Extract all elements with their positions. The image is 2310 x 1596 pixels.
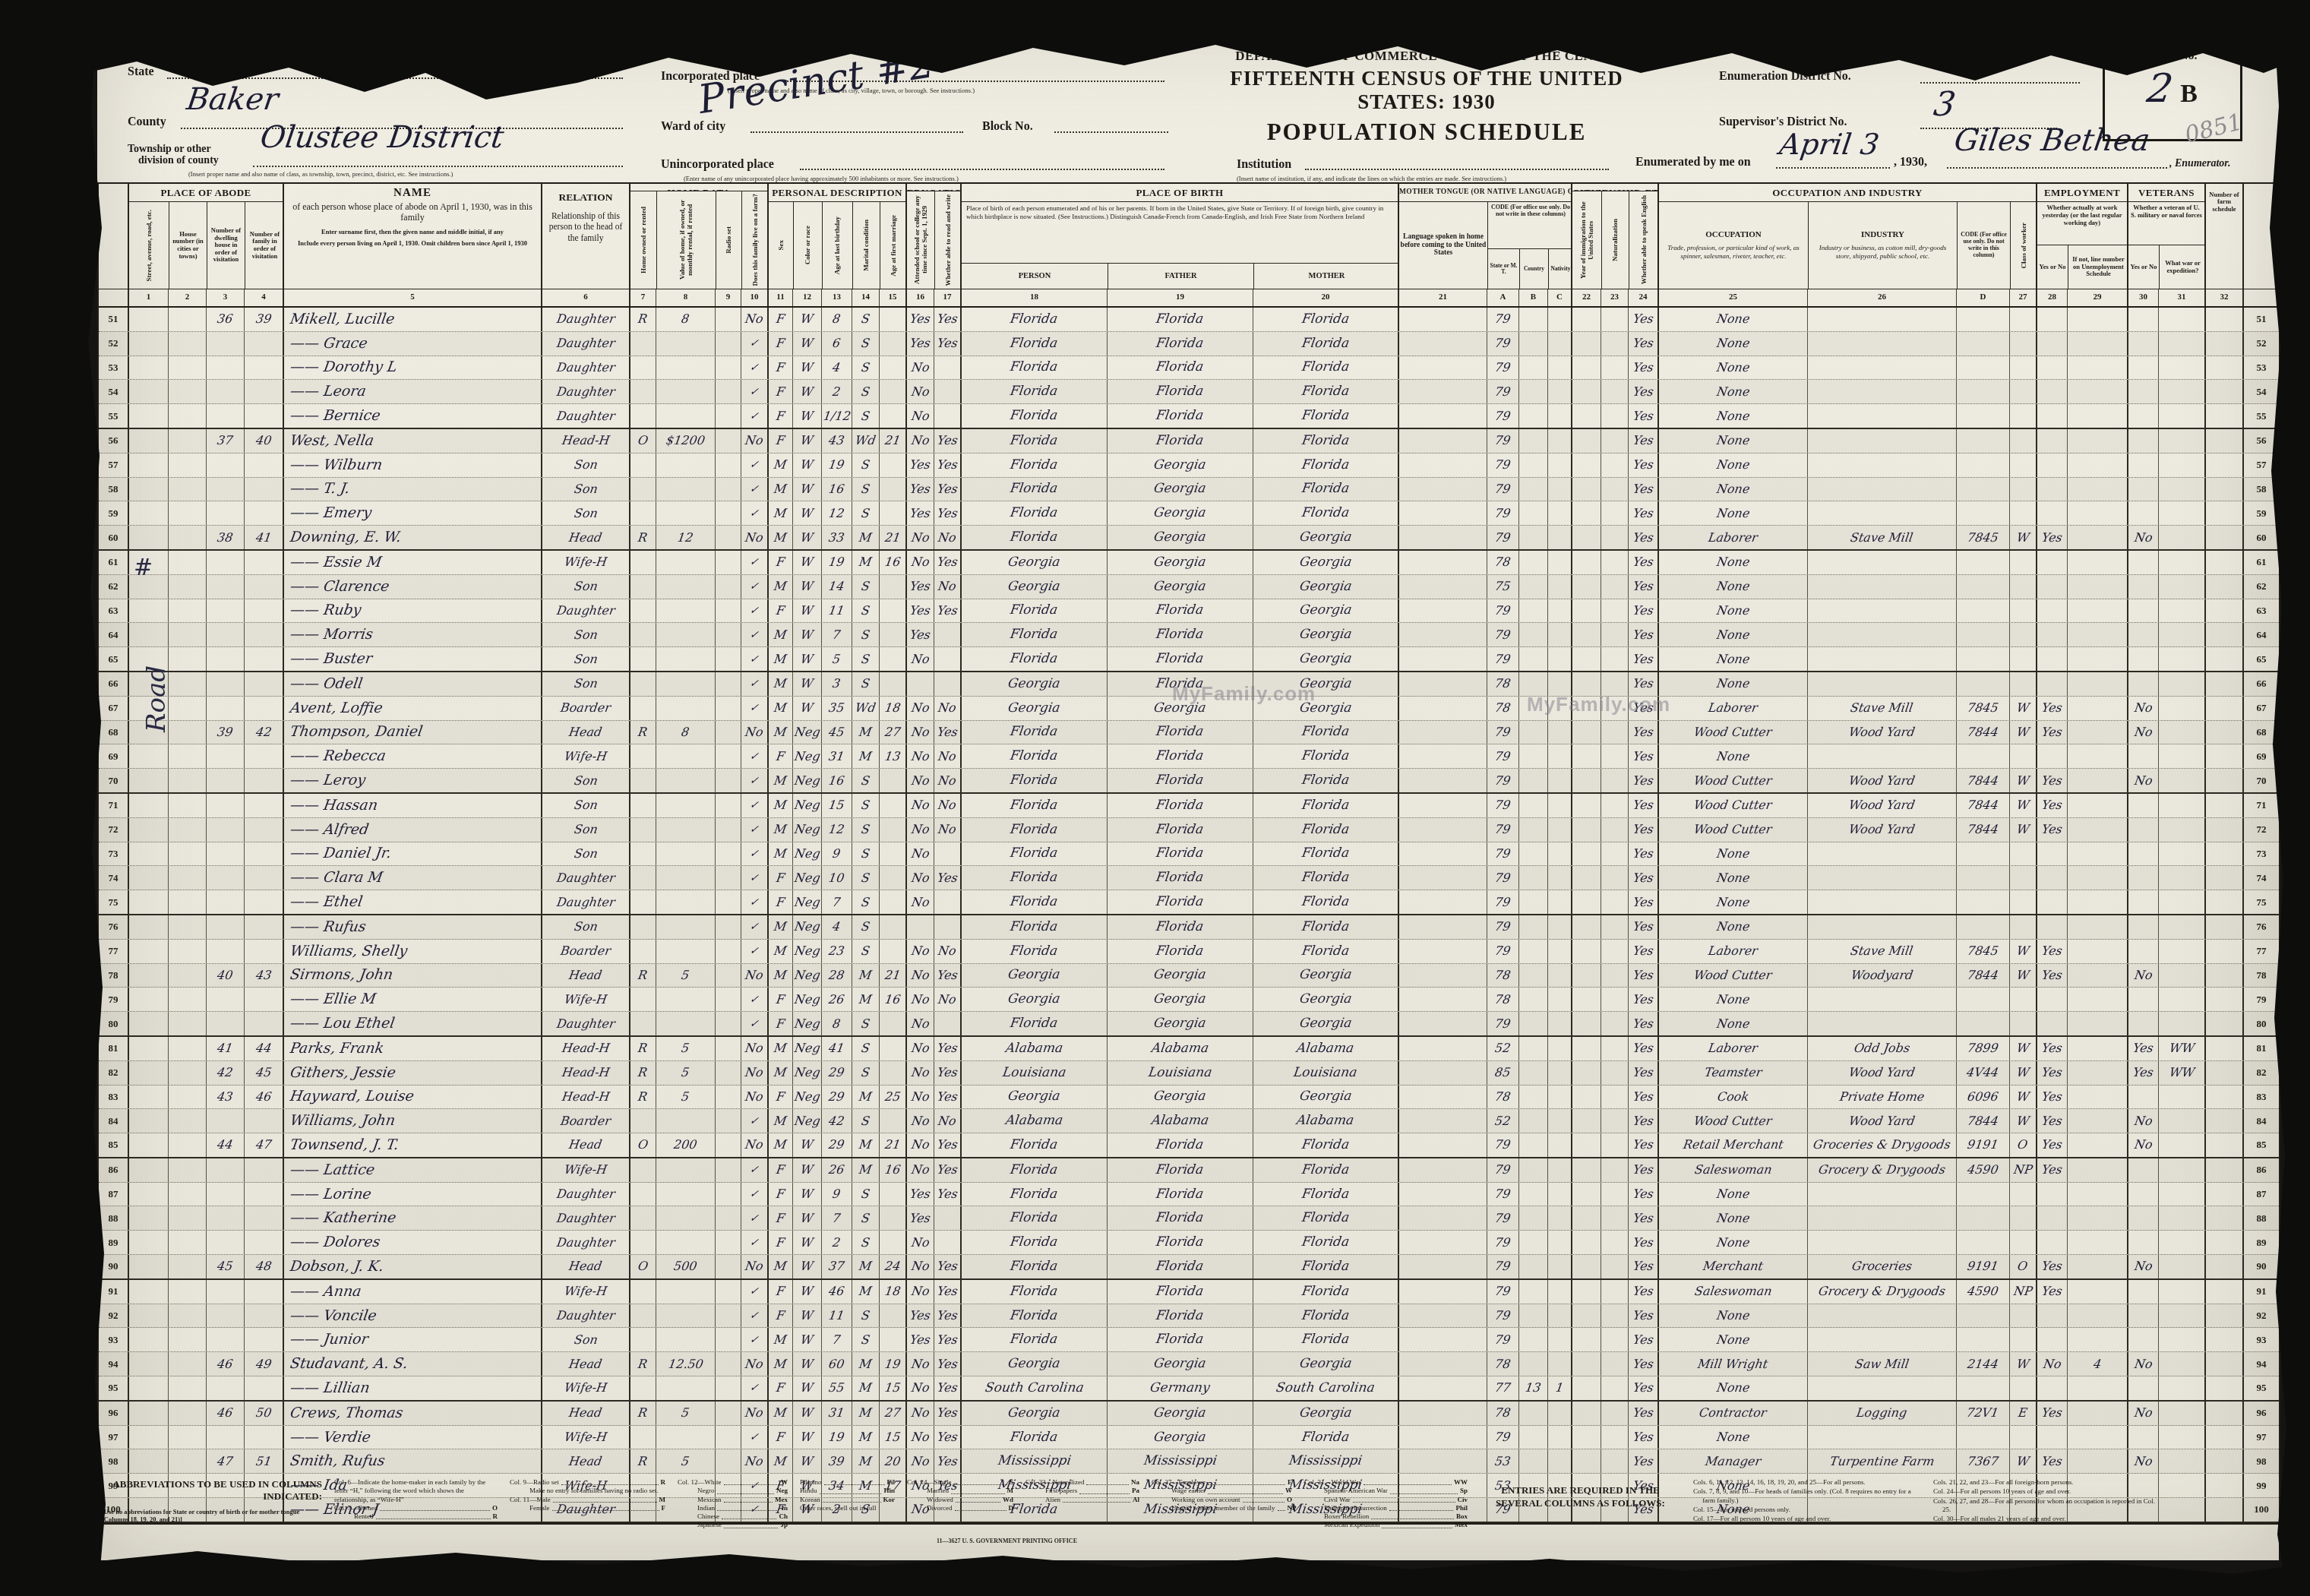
abbreviation-line: JapaneseJp [678,1521,788,1529]
cell-cC [1548,526,1572,549]
cell-c21 [1399,332,1487,356]
cell-c29 [2068,501,2128,525]
cell-c23 [1601,988,1629,1011]
col6-relation-header: RELATIONRelationship of this person to t… [542,184,630,289]
handwritten-entry: W [800,1382,814,1394]
cell-c21 [1399,1376,1487,1400]
handwritten-entry: Florida [1155,750,1205,763]
handwritten-entry: ✓ [749,605,760,616]
line-number-right: 96 [2244,1402,2279,1425]
cell-c11: M [769,697,793,720]
handwritten-entry: Head-H [561,1067,610,1079]
cell-cD: 2144 [1957,1352,2010,1376]
handwritten-entry: Wife-H [564,556,608,568]
handwritten-entry: Yes [909,337,931,349]
handwritten-entry: None [1716,896,1751,909]
handwritten-entry: 2 [832,1237,842,1249]
handwritten-entry: Florida [1010,435,1059,447]
cell-c8: 200 [656,1133,716,1157]
cell-c14: S [852,915,880,939]
cell-c3 [207,1280,245,1304]
handwritten-entry: 7845 [1967,702,1999,714]
cell-c21 [1399,356,1487,380]
cell-c18: Georgia [962,697,1108,720]
handwritten-entry: Georgia [1007,1407,1061,1420]
abbreviation-line: Wage earnerW [1152,1487,1292,1495]
cell-c22 [1572,915,1601,939]
cell-c29 [2068,478,2128,501]
handwritten-entry: 39 [216,726,234,738]
column-heading-text: Home owned or rented [640,207,647,273]
handwritten-entry: S [861,678,871,690]
cell-c14: S [852,1037,880,1060]
cell-c26 [1808,915,1957,939]
handwritten-entry: No [910,969,930,981]
cell-cA: 78 [1487,1402,1519,1425]
handwritten-entry: No [910,1042,930,1054]
cell-c17: Yes [934,1304,962,1328]
handwritten-entry: Florida [1301,847,1351,860]
handwritten-entry: No [910,1431,930,1443]
cell-c32 [2206,1402,2244,1425]
cell-c13: 7 [822,890,852,914]
cell-c24: Yes [1629,1133,1659,1157]
cell-c17: Yes [934,1426,962,1449]
cell-c11: F [769,1280,793,1304]
cell-c19: Florida [1108,769,1253,792]
cell-cA: 79 [1487,890,1519,914]
handwritten-entry: None [1716,580,1751,593]
handwritten-entry: R [637,1407,649,1419]
handwritten-entry: Florida [1301,507,1351,520]
cell-c5: —— Emery [284,501,542,525]
cell-c27 [2010,551,2037,574]
schedule-row: 87—— LorineDaughter✓FW9SYesYesFloridaFlo… [99,1183,2279,1207]
cell-c25: Wood Cutter [1659,1109,1808,1133]
cell-c10: No [741,1402,769,1425]
column-heading-text: Marital condition [862,220,870,271]
cell-cB [1519,794,1548,817]
group-title: MOTHER TONGUE (OR NATIVE LANGUAGE) OF FO… [1399,184,1571,202]
cell-c2 [169,915,207,939]
abbreviation-block: Col. 14—SingleSMarriedMWidowedWdDivorced… [907,1478,1013,1530]
handwritten-entry: None [1716,556,1751,568]
cell-c32 [2206,599,2244,623]
handwritten-entry: 39 [255,313,273,325]
cell-c16: No [907,1231,934,1254]
cell-c1 [129,890,169,914]
cell-c23 [1601,429,1629,453]
cell-c21 [1399,866,1487,890]
cell-c18: Florida [962,478,1108,501]
handwritten-entry: Yes [2041,1260,2063,1272]
abbreviation-block: Col. 9—Radio setRMake no entry for famil… [510,1478,665,1530]
leader-dots [1278,1510,1285,1511]
column-number: 23 [1601,289,1629,306]
handwritten-entry: Georgia [1007,969,1061,981]
cell-c3 [207,623,245,646]
handwritten-entry: Alabama [1151,1042,1210,1055]
handwritten-entry: Yes [936,507,958,520]
cell-c13: 31 [822,1402,852,1425]
col10-farm: Does this family live on a farm? [741,191,769,289]
cell-c1 [129,623,169,646]
cell-c30 [2128,380,2159,403]
cell-cA: 79 [1487,429,1519,453]
handwritten-entry: None [1716,386,1751,398]
cell-c26 [1808,1328,1957,1351]
handwritten-entry: Neg [793,872,820,884]
handwritten-entry: Neg [793,969,820,981]
cell-c8 [656,454,716,477]
cell-c12: W [793,1206,822,1230]
cell-c22 [1572,1255,1601,1278]
cell-c10: ✓ [741,1376,769,1400]
handwritten-entry: Florida [1010,1188,1059,1201]
handwritten-entry: M [858,1455,873,1468]
cell-c13: 33 [822,526,852,549]
cell-c1 [129,429,169,453]
cell-c8 [656,1012,716,1035]
enumerated-label: Enumerated by me on [1635,156,1751,169]
column-number: 11 [769,289,793,306]
handwritten-entry: Florida [1155,361,1205,374]
cell-c27 [2010,915,2037,939]
cell-c12: W [793,575,822,599]
cell-cD: 7845 [1957,940,2010,963]
schedule-row: 75—— EthelDaughter✓FNeg7SNoFloridaFlorid… [99,890,2279,915]
enumerated-year: , 1930, [1894,156,1927,169]
handwritten-entry: Yes [936,1334,958,1346]
occupation-title: OCCUPATION [1705,230,1762,239]
cell-c15 [880,599,907,623]
handwritten-entry: Yes [2041,1091,2063,1103]
cell-c18: Florida [962,1133,1108,1157]
abbreviation-line: Col. 7—OwnedO [334,1504,498,1512]
cell-cB [1519,1012,1548,1035]
col1-street: Street, avenue, road, etc. [129,202,169,289]
cell-c10: ✓ [741,1280,769,1304]
handwritten-entry: M [773,799,788,811]
handwritten-entry: No [910,362,930,374]
cell-c9 [716,818,741,842]
handwritten-entry: No [910,751,930,763]
handwritten-entry: None [1716,848,1751,860]
handwritten-entry: W [2015,775,2030,787]
cell-c31 [2159,1426,2206,1449]
handwritten-entry: No [744,1455,764,1468]
abbreviation-line: AlienAl [1025,1496,1139,1504]
cell-c28 [2037,356,2068,380]
column-heading-text: Street, avenue, road, etc. [145,210,153,281]
col8-home-value: Value of home, if owned, or monthly rent… [656,191,716,289]
cell-c8 [656,332,716,356]
handwritten-entry: 46 [216,1358,234,1370]
cell-c30 [2128,478,2159,501]
line-number-left: 51 [99,308,129,331]
handwritten-entry: Florida [1155,1260,1205,1273]
cell-c8 [656,1280,716,1304]
cell-c28 [2037,575,2068,599]
cell-c20: Florida [1253,454,1399,477]
schedule-row: 93—— JuniorSon✓MW7SYesYesFloridaFloridaF… [99,1328,2279,1352]
cell-c7: R [630,526,656,549]
abbreviation-label: Mexican [697,1496,722,1504]
cell-c2 [169,356,207,380]
cell-c1 [129,744,169,768]
handwritten-entry: Saleswoman [1693,1164,1772,1176]
cell-c19: Florida [1108,890,1253,914]
cell-c26: Wood Yard [1808,818,1957,842]
handwritten-entry: Logging [1856,1407,1908,1419]
schedule-row: 89—— DoloresDaughter✓FW2SNoFloridaFlorid… [99,1231,2279,1255]
handwritten-entry: W [800,678,814,690]
handwritten-entry: Yes [1632,896,1654,909]
handwritten-entry: Louisiana [1001,1067,1067,1079]
cell-c30 [2128,1376,2159,1400]
cell-c23 [1601,454,1629,477]
sheet-label: Sheet No. [2105,49,2240,63]
cell-c25: None [1659,1206,1808,1230]
cell-c29 [2068,940,2128,963]
cell-c24: Yes [1629,1158,1659,1182]
cell-cC [1548,380,1572,403]
cell-c16: No [907,1061,934,1085]
cell-c29 [2068,1061,2128,1085]
cell-c14: S [852,599,880,623]
handwritten-entry: M [773,848,788,860]
column-number: 19 [1108,289,1253,306]
handwritten-entry: Georgia [1298,628,1352,641]
handwritten-entry: 12 [677,532,694,544]
cell-c5: —— Lattice [284,1158,542,1182]
column-number: B [1519,289,1548,306]
cell-c28 [2037,1426,2068,1449]
cell-c17: No [934,526,962,549]
handwritten-entry: ✓ [749,387,760,397]
cell-cA: 79 [1487,332,1519,356]
cell-cA: 79 [1487,744,1519,768]
handwritten-entry: Yes [909,1310,931,1322]
cell-c18: Florida [962,1328,1108,1351]
handwritten-entry: F [776,1164,786,1176]
cell-c14: M [852,1376,880,1400]
handwritten-entry: 79 [1494,775,1512,787]
handwritten-entry: 7844 [1967,726,1999,738]
cell-c22 [1572,526,1601,549]
cell-c18: Florida [962,454,1108,477]
cell-c12: Neg [793,1037,822,1060]
cell-c7 [630,1280,656,1304]
abbreviation-line: Working on own accountO [1152,1496,1292,1504]
cell-c6: Son [542,794,630,817]
cell-cA: 79 [1487,1255,1519,1278]
column-heading-text: Number of farm schedule [2206,191,2242,214]
cell-c27: W [2010,769,2037,792]
cell-c24: Yes [1629,404,1659,428]
cell-c5: —— Leroy [284,769,542,792]
cell-c28: Yes [2037,1402,2068,1425]
abbreviation-label: Spanish-American War [1324,1487,1388,1495]
column-number: 25 [1659,289,1808,306]
abbreviation-code: M [659,1496,666,1504]
handwritten-entry: R [637,1358,649,1370]
cell-c8 [656,380,716,403]
cell-c22 [1572,1449,1601,1473]
cell-c26 [1808,501,1957,525]
cell-c22 [1572,332,1601,356]
handwritten-entry: 18 [884,1285,902,1297]
cell-c10: ✓ [741,1426,769,1449]
cell-c16: No [907,1012,934,1035]
handwritten-entry: Yes [2041,726,2063,738]
cell-c16: No [907,890,934,914]
cell-cD [1957,551,2010,574]
cell-c32 [2206,1158,2244,1182]
cell-c8: 5 [656,1037,716,1060]
handwritten-entry: Alabama [1296,1114,1355,1127]
abbreviations-title: ABBREVIATIONS TO BE USED IN COLUMNS INDI… [102,1478,322,1503]
column-number: 20 [1253,289,1399,306]
group-title: EMPLOYMENT [2037,184,2127,202]
cell-c27 [2010,866,2037,890]
handwritten-entry: 4 [832,362,842,374]
abbreviation-line: Unpaid worker, member of the familyNP [1152,1504,1292,1512]
cell-c2 [169,1449,207,1473]
cell-c11: M [769,647,793,671]
handwritten-entry: 78 [1494,994,1512,1006]
handwritten-entry: Florida [1301,409,1351,422]
cell-cB [1519,1037,1548,1060]
handwritten-entry: 8 [832,1018,842,1030]
cell-cB [1519,478,1548,501]
line-number-left: 91 [99,1280,129,1304]
margin-street-note: Road [141,653,172,744]
cell-c10: No [741,1061,769,1085]
cell-c13: 39 [822,1449,852,1473]
handwritten-entry: O [2017,1260,2029,1272]
handwritten-entry: Head [568,969,603,981]
cell-c17: Yes [934,551,962,574]
cell-c18: Florida [962,501,1108,525]
cell-c32 [2206,404,2244,428]
leader-dots [1390,1493,1458,1494]
schedule-row: 683942Thompson, DanielHeadR8NoMNeg45M27N… [99,721,2279,745]
leader-dots [820,1493,882,1494]
handwritten-entry: Daughter [555,1212,615,1225]
cell-c4 [245,818,284,842]
cell-c10: No [741,721,769,744]
cell-c16: Yes [907,332,934,356]
handwritten-entry: 12 [828,823,845,836]
handwritten-entry: M [773,1260,788,1272]
cell-c24: Yes [1629,744,1659,768]
handwritten-entry: W [2015,945,2030,957]
handwritten-entry: 21 [884,532,902,544]
handwritten-entry: Son [573,823,598,836]
cell-c27: W [2010,1061,2037,1085]
cell-c25: None [1659,478,1808,501]
column-number: 27 [2010,289,2037,306]
cell-c23 [1601,1133,1629,1157]
cell-cA: 77 [1487,1376,1519,1400]
cell-cA: 79 [1487,818,1519,842]
handwritten-entry: 8 [681,313,690,325]
handwritten-entry: —— Anna [283,1285,362,1299]
handwritten-entry: No [910,1115,930,1127]
cell-c28 [2037,744,2068,768]
column-heading-text: Attended school or college any time sinc… [913,191,928,289]
cell-c9 [716,940,741,963]
cell-c31 [2159,478,2206,501]
cell-c9 [716,1206,741,1230]
schedule-row: 57—— WilburnSon✓MW19SYesYesFloridaGeorgi… [99,454,2279,478]
handwritten-entry: Neg [793,848,820,860]
cell-c17 [934,647,962,671]
cell-c21 [1399,526,1487,549]
cell-c17 [934,1012,962,1035]
cell-c7 [630,623,656,646]
handwritten-entry: S [861,507,871,520]
cell-c29 [2068,1255,2128,1278]
cell-c28 [2037,1376,2068,1400]
cell-c14: S [852,647,880,671]
cell-c16: Yes [907,1328,934,1351]
handwritten-entry: S [861,1237,871,1249]
cell-c30 [2128,429,2159,453]
cell-c23 [1601,308,1629,331]
handwritten-entry: Florida [1155,1236,1205,1249]
cell-c2 [169,1231,207,1254]
cell-c21 [1399,890,1487,914]
cell-c21 [1399,721,1487,744]
handwritten-entry: R [637,1091,649,1103]
cell-cC [1548,1012,1572,1035]
handwritten-entry: 16 [884,556,902,568]
cell-c11: F [769,404,793,428]
abbreviation-line: WidowedWd [907,1496,1013,1504]
cell-c17: Yes [934,1352,962,1376]
handwritten-entry: 5 [832,653,842,665]
handwritten-entry: Yes [2041,1067,2063,1079]
cell-c30 [2128,404,2159,428]
cell-c16: No [907,1376,934,1400]
handwritten-entry: No [910,945,930,957]
abbreviation-code: Fil [887,1478,896,1487]
abbreviation-code: R [661,1478,666,1487]
cell-c26: Saw Mill [1808,1352,1957,1376]
cell-c25: None [1659,1328,1808,1351]
sheet-value-handwriting: 2 [2144,66,2176,112]
cell-c17: Yes [934,429,962,453]
handwritten-entry: Florida [1010,921,1059,934]
handwritten-entry: S [861,1042,871,1054]
line-number-right: 77 [2244,940,2279,963]
cell-c21 [1399,308,1487,331]
cell-c12: Neg [793,1109,822,1133]
abbreviation-code: W [781,1478,788,1487]
handwritten-entry: W [800,1260,814,1272]
cell-c16 [907,672,934,696]
cell-c29 [2068,1109,2128,1133]
cell-c18: Florida [962,842,1108,866]
abbreviation-block: Col. 6—Indicate the home-maker in each f… [334,1478,498,1530]
cell-c11: F [769,332,793,356]
unincorporated-rule [800,169,1164,170]
cell-c25: Wood Cutter [1659,794,1808,817]
cell-c11: F [769,1086,793,1109]
cell-c20: Georgia [1253,551,1399,574]
